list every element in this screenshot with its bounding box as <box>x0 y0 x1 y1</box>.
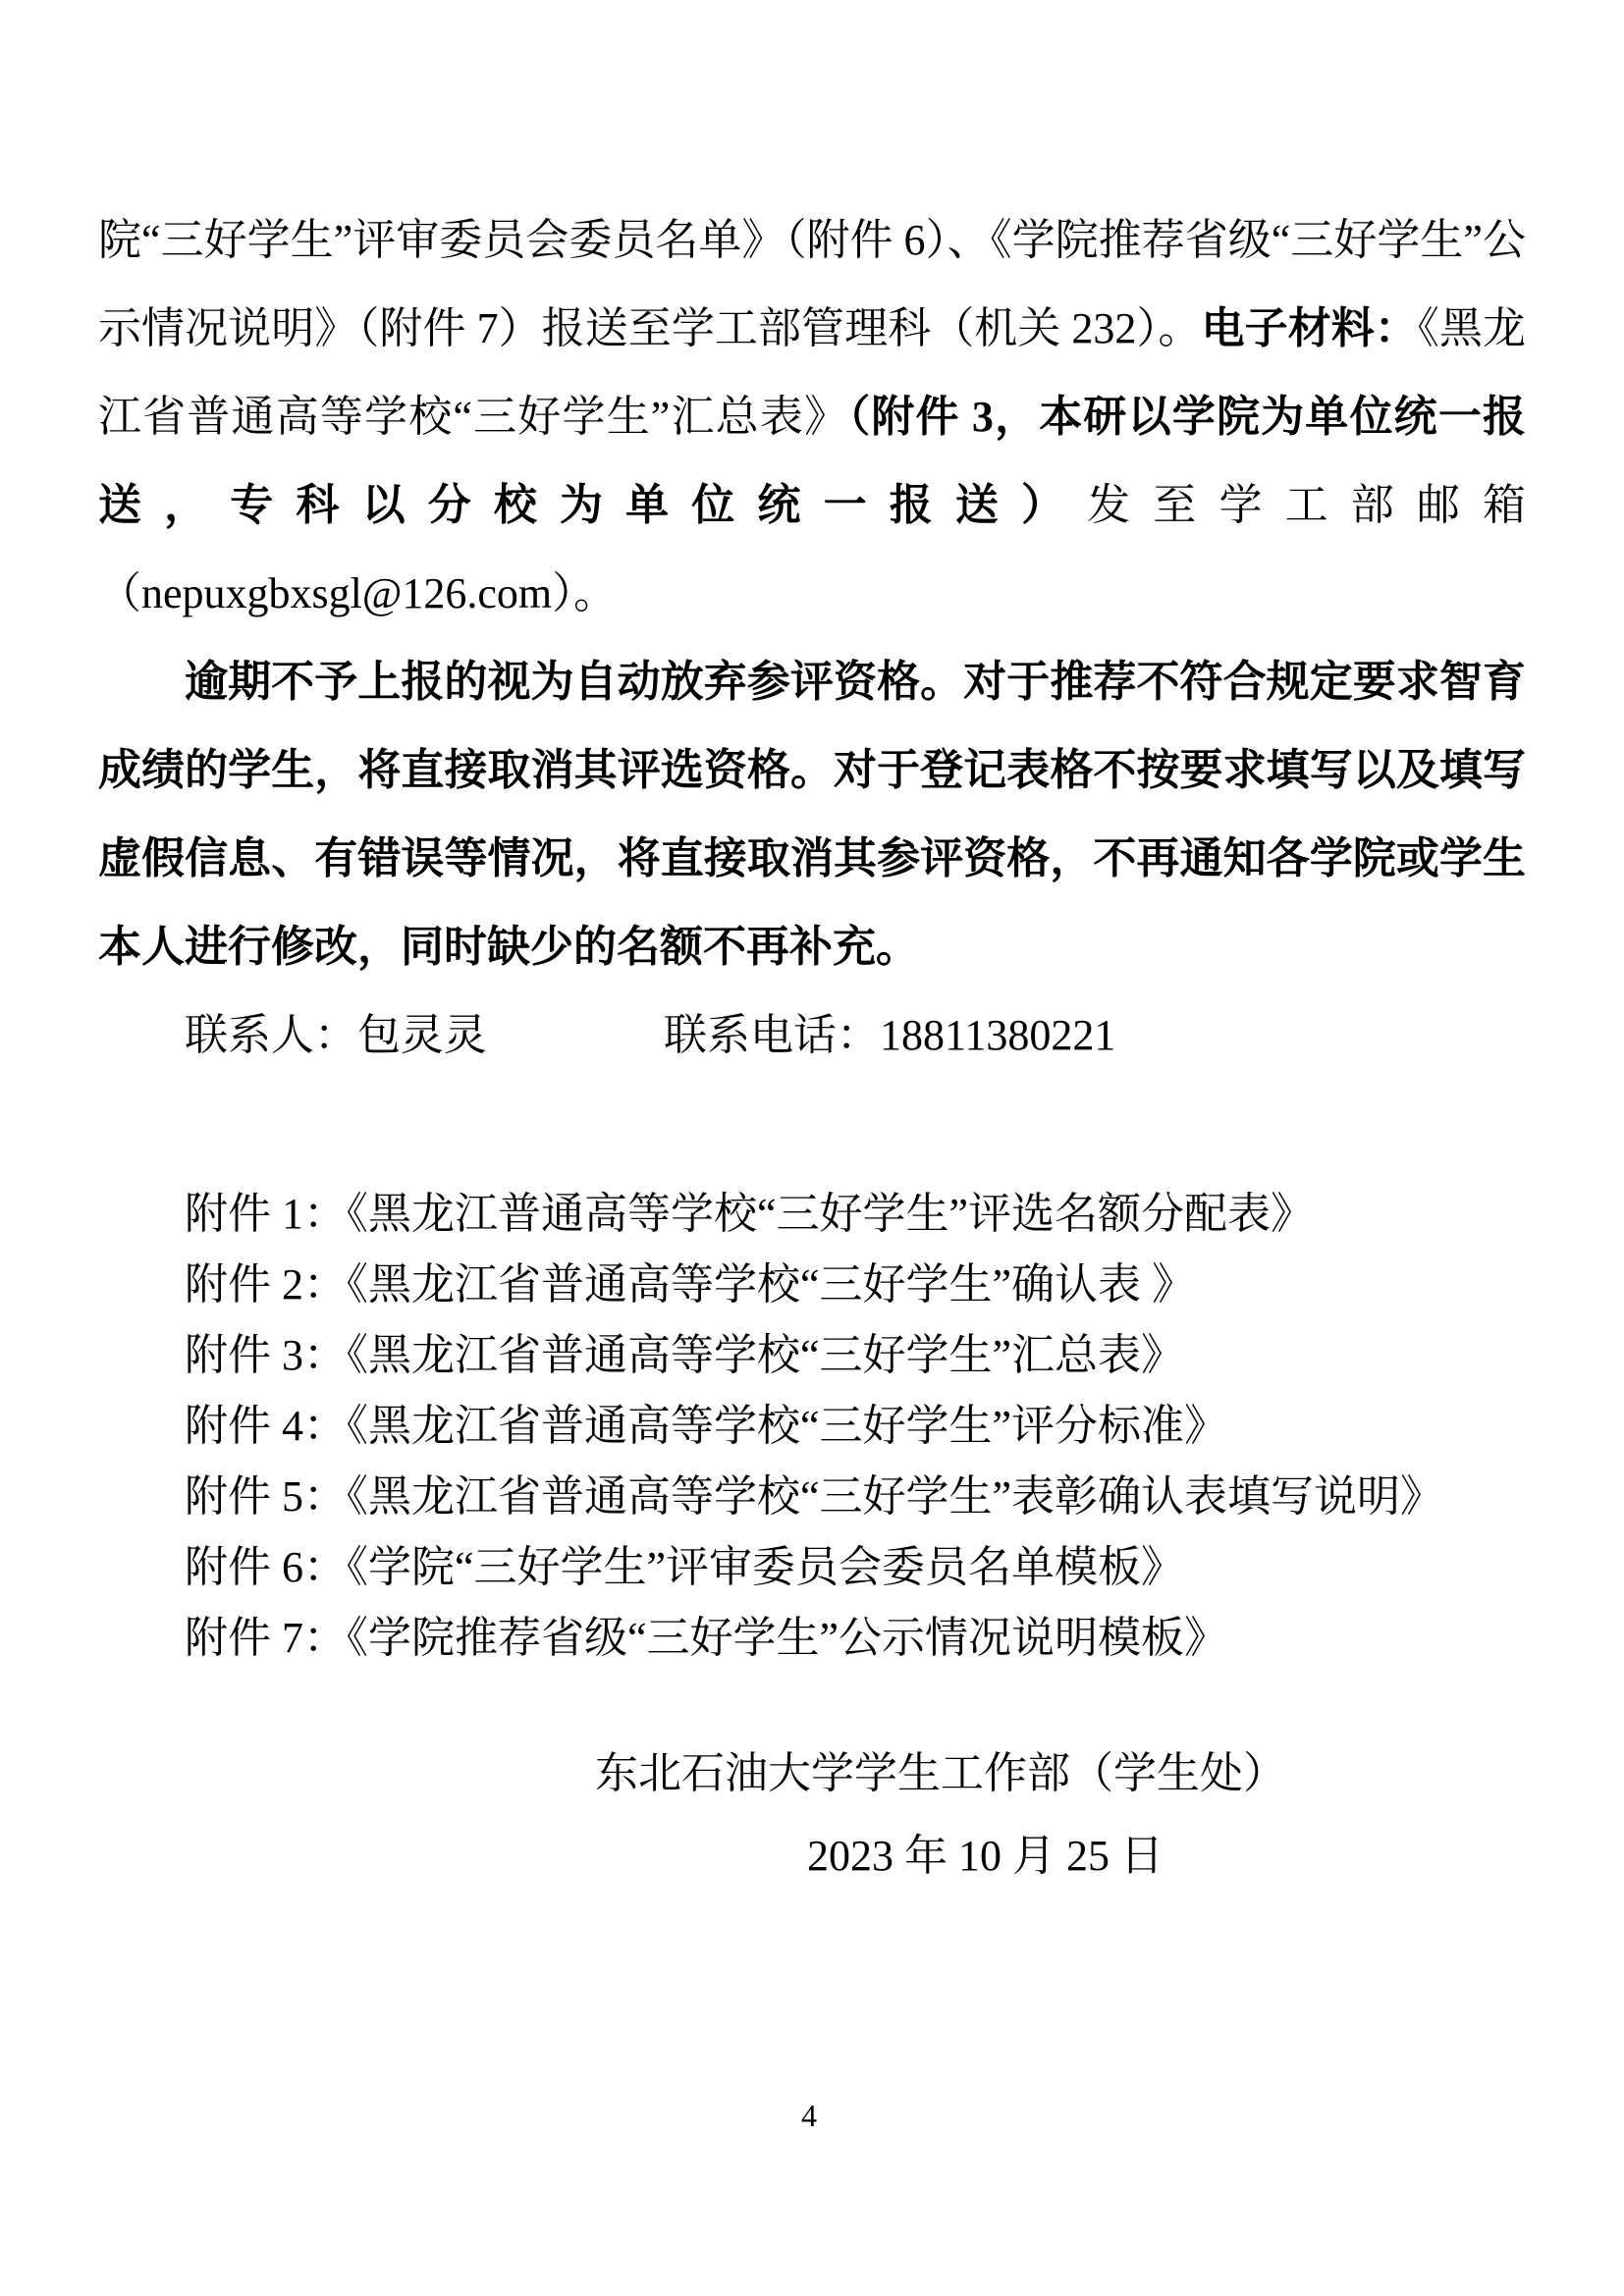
attachment-title: 《黑龙江普通高等学校“三好学生”评选名额分配表》 <box>347 1190 1314 1238</box>
document-page: 院“三好学生”评审委员会委员名单》（附件 6）、《学院推荐省级“三好学生”公示情… <box>0 0 1624 2296</box>
attachment-list: 附件 1：《黑龙江普通高等学校“三好学生”评选名额分配表》 附件 2：《黑龙江省… <box>98 1179 1526 1674</box>
attachment-title: 《学院“三好学生”评审委员会委员名单模板》 <box>347 1543 1184 1591</box>
attachment-item-2: 附件 2：《黑龙江省普通高等学校“三好学生”确认表 》 <box>98 1250 1526 1320</box>
attachment-title: 《学院推荐省级“三好学生”公示情况说明模板》 <box>347 1614 1227 1662</box>
contact-person-name: 包灵灵 <box>357 1011 487 1059</box>
contact-phone-number: 18811380221 <box>880 1011 1115 1059</box>
attachment-item-6: 附件 6：《学院“三好学生”评审委员会委员名单模板》 <box>98 1532 1526 1603</box>
attachment-item-1: 附件 1：《黑龙江普通高等学校“三好学生”评选名额分配表》 <box>98 1179 1526 1250</box>
attachment-label: 附件 7： <box>185 1614 347 1662</box>
attachment-label: 附件 3： <box>185 1331 347 1379</box>
signature-organization: 东北石油大学学生工作部（学生处） <box>98 1733 1526 1815</box>
contact-person-label: 联系人： <box>185 1011 357 1059</box>
attachment-label: 附件 2： <box>185 1260 347 1308</box>
attachment-item-4: 附件 4：《黑龙江省普通高等学校“三好学生”评分标准》 <box>98 1391 1526 1462</box>
document-content: 院“三好学生”评审委员会委员名单》（附件 6）、《学院推荐省级“三好学生”公示情… <box>0 196 1624 1897</box>
electronic-materials-label: 电子材料： <box>1202 304 1418 352</box>
attachment-title: 《黑龙江省普通高等学校“三好学生”评分标准》 <box>347 1402 1227 1450</box>
attachment-label: 附件 6： <box>185 1543 347 1591</box>
paragraph-deadline-rules: 逾期不予上报的视为自动放弃参评资格。对于推荐不符合规定要求智育成绩的学生，将直接… <box>98 638 1526 991</box>
paragraph-submission: 院“三好学生”评审委员会委员名单》（附件 6）、《学院推荐省级“三好学生”公示情… <box>98 196 1526 638</box>
signature-date: 2023 年 10 月 25 日 <box>98 1815 1526 1897</box>
document-body: 院“三好学生”评审委员会委员名单》（附件 6）、《学院推荐省级“三好学生”公示情… <box>98 196 1526 1080</box>
attachment-label: 附件 4： <box>185 1402 347 1450</box>
contact-line: 联系人：包灵灵联系电话：18811380221 <box>98 991 1526 1080</box>
attachment-label: 附件 1： <box>185 1190 347 1238</box>
attachment-title: 《黑龙江省普通高等学校“三好学生”表彰确认表填写说明》 <box>347 1472 1443 1521</box>
signature-block: 东北石油大学学生工作部（学生处） 2023 年 10 月 25 日 <box>98 1733 1526 1897</box>
attachment-item-5: 附件 5：《黑龙江省普通高等学校“三好学生”表彰确认表填写说明》 <box>98 1462 1526 1532</box>
attachment-title: 《黑龙江省普通高等学校“三好学生”汇总表》 <box>347 1331 1184 1379</box>
attachment-label: 附件 5： <box>185 1472 347 1521</box>
attachment-title: 《黑龙江省普通高等学校“三好学生”确认表 》 <box>347 1260 1195 1308</box>
attachment-item-7: 附件 7：《学院推荐省级“三好学生”公示情况说明模板》 <box>98 1603 1526 1674</box>
page-number: 4 <box>0 2093 1618 2138</box>
contact-phone-label: 联系电话： <box>664 1011 880 1059</box>
attachment-item-3: 附件 3：《黑龙江省普通高等学校“三好学生”汇总表》 <box>98 1320 1526 1391</box>
